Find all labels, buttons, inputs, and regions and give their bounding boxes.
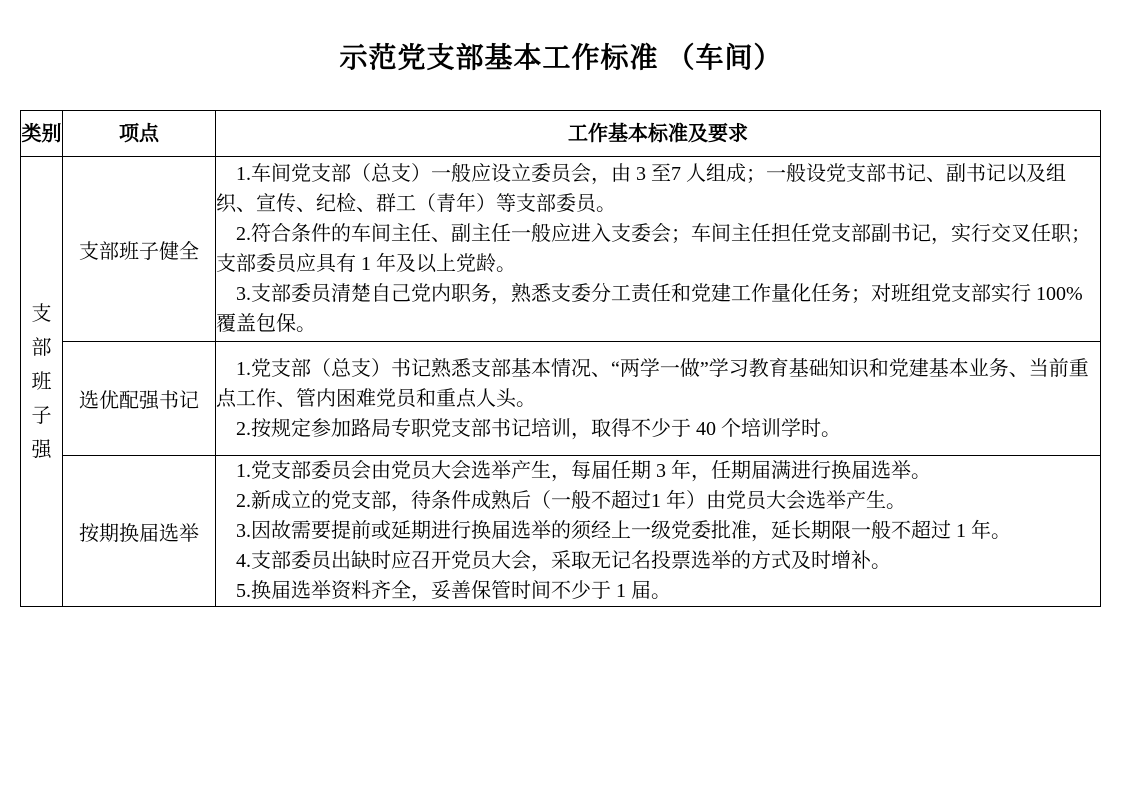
category-cell: 支部班子强 [21, 157, 63, 607]
standard-point: 2.按规定参加路局专职党支部书记培训，取得不少于 40 个培训学时。 [216, 414, 1100, 444]
header-item: 项点 [63, 111, 216, 157]
document-page: 示范党支部基本工作标准 （车间） 类别 项点 工作基本标准及要求 支部班子强 支… [0, 0, 1122, 794]
standard-point: 1.车间党支部（总支）一般应设立委员会，由 3 至7 人组成；一般设党支部书记、… [216, 159, 1100, 219]
table-row-select-strong-secretary: 选优配强书记 1.党支部（总支）书记熟悉支部基本情况、“两学一做”学习教育基础知… [21, 342, 1101, 456]
item-cell: 选优配强书记 [63, 342, 216, 456]
standards-table: 类别 项点 工作基本标准及要求 支部班子强 支部班子健全 1.车间党支部（总支）… [20, 110, 1101, 607]
standard-point: 1.党支部（总支）书记熟悉支部基本情况、“两学一做”学习教育基础知识和党建基本业… [216, 354, 1100, 414]
header-standard: 工作基本标准及要求 [216, 111, 1101, 157]
standard-cell: 1.车间党支部（总支）一般应设立委员会，由 3 至7 人组成；一般设党支部书记、… [216, 157, 1101, 342]
table-row-scheduled-reelection: 按期换届选举 1.党支部委员会由党员大会选举产生，每届任期 3 年，任期届满进行… [21, 456, 1101, 607]
standard-point: 3.因故需要提前或延期进行换届选举的须经上一级党委批准，延长期限一般不超过 1 … [216, 516, 1100, 546]
standard-cell: 1.党支部委员会由党员大会选举产生，每届任期 3 年，任期届满进行换届选举。 2… [216, 456, 1101, 607]
standard-point: 4.支部委员出缺时应召开党员大会，采取无记名投票选举的方式及时增补。 [216, 546, 1100, 576]
standard-point: 5.换届选举资料齐全，妥善保管时间不少于 1 届。 [216, 576, 1100, 606]
standard-point: 2.符合条件的车间主任、副主任一般应进入支委会；车间主任担任党支部副书记，实行交… [216, 219, 1100, 279]
item-cell: 支部班子健全 [63, 157, 216, 342]
item-cell: 按期换届选举 [63, 456, 216, 607]
standard-point: 3.支部委员清楚自己党内职务，熟悉支委分工责任和党建工作量化任务；对班组党支部实… [216, 279, 1100, 339]
standard-point: 1.党支部委员会由党员大会选举产生，每届任期 3 年，任期届满进行换届选举。 [216, 456, 1100, 486]
table-row-branch-team-complete: 支部班子强 支部班子健全 1.车间党支部（总支）一般应设立委员会，由 3 至7 … [21, 157, 1101, 342]
table-header-row: 类别 项点 工作基本标准及要求 [21, 111, 1101, 157]
header-category: 类别 [21, 111, 63, 157]
standard-cell: 1.党支部（总支）书记熟悉支部基本情况、“两学一做”学习教育基础知识和党建基本业… [216, 342, 1101, 456]
page-title: 示范党支部基本工作标准 （车间） [0, 42, 1122, 76]
category-label: 支部班子强 [31, 297, 53, 467]
standard-point: 2.新成立的党支部，待条件成熟后（一般不超过1 年）由党员大会选举产生。 [216, 486, 1100, 516]
